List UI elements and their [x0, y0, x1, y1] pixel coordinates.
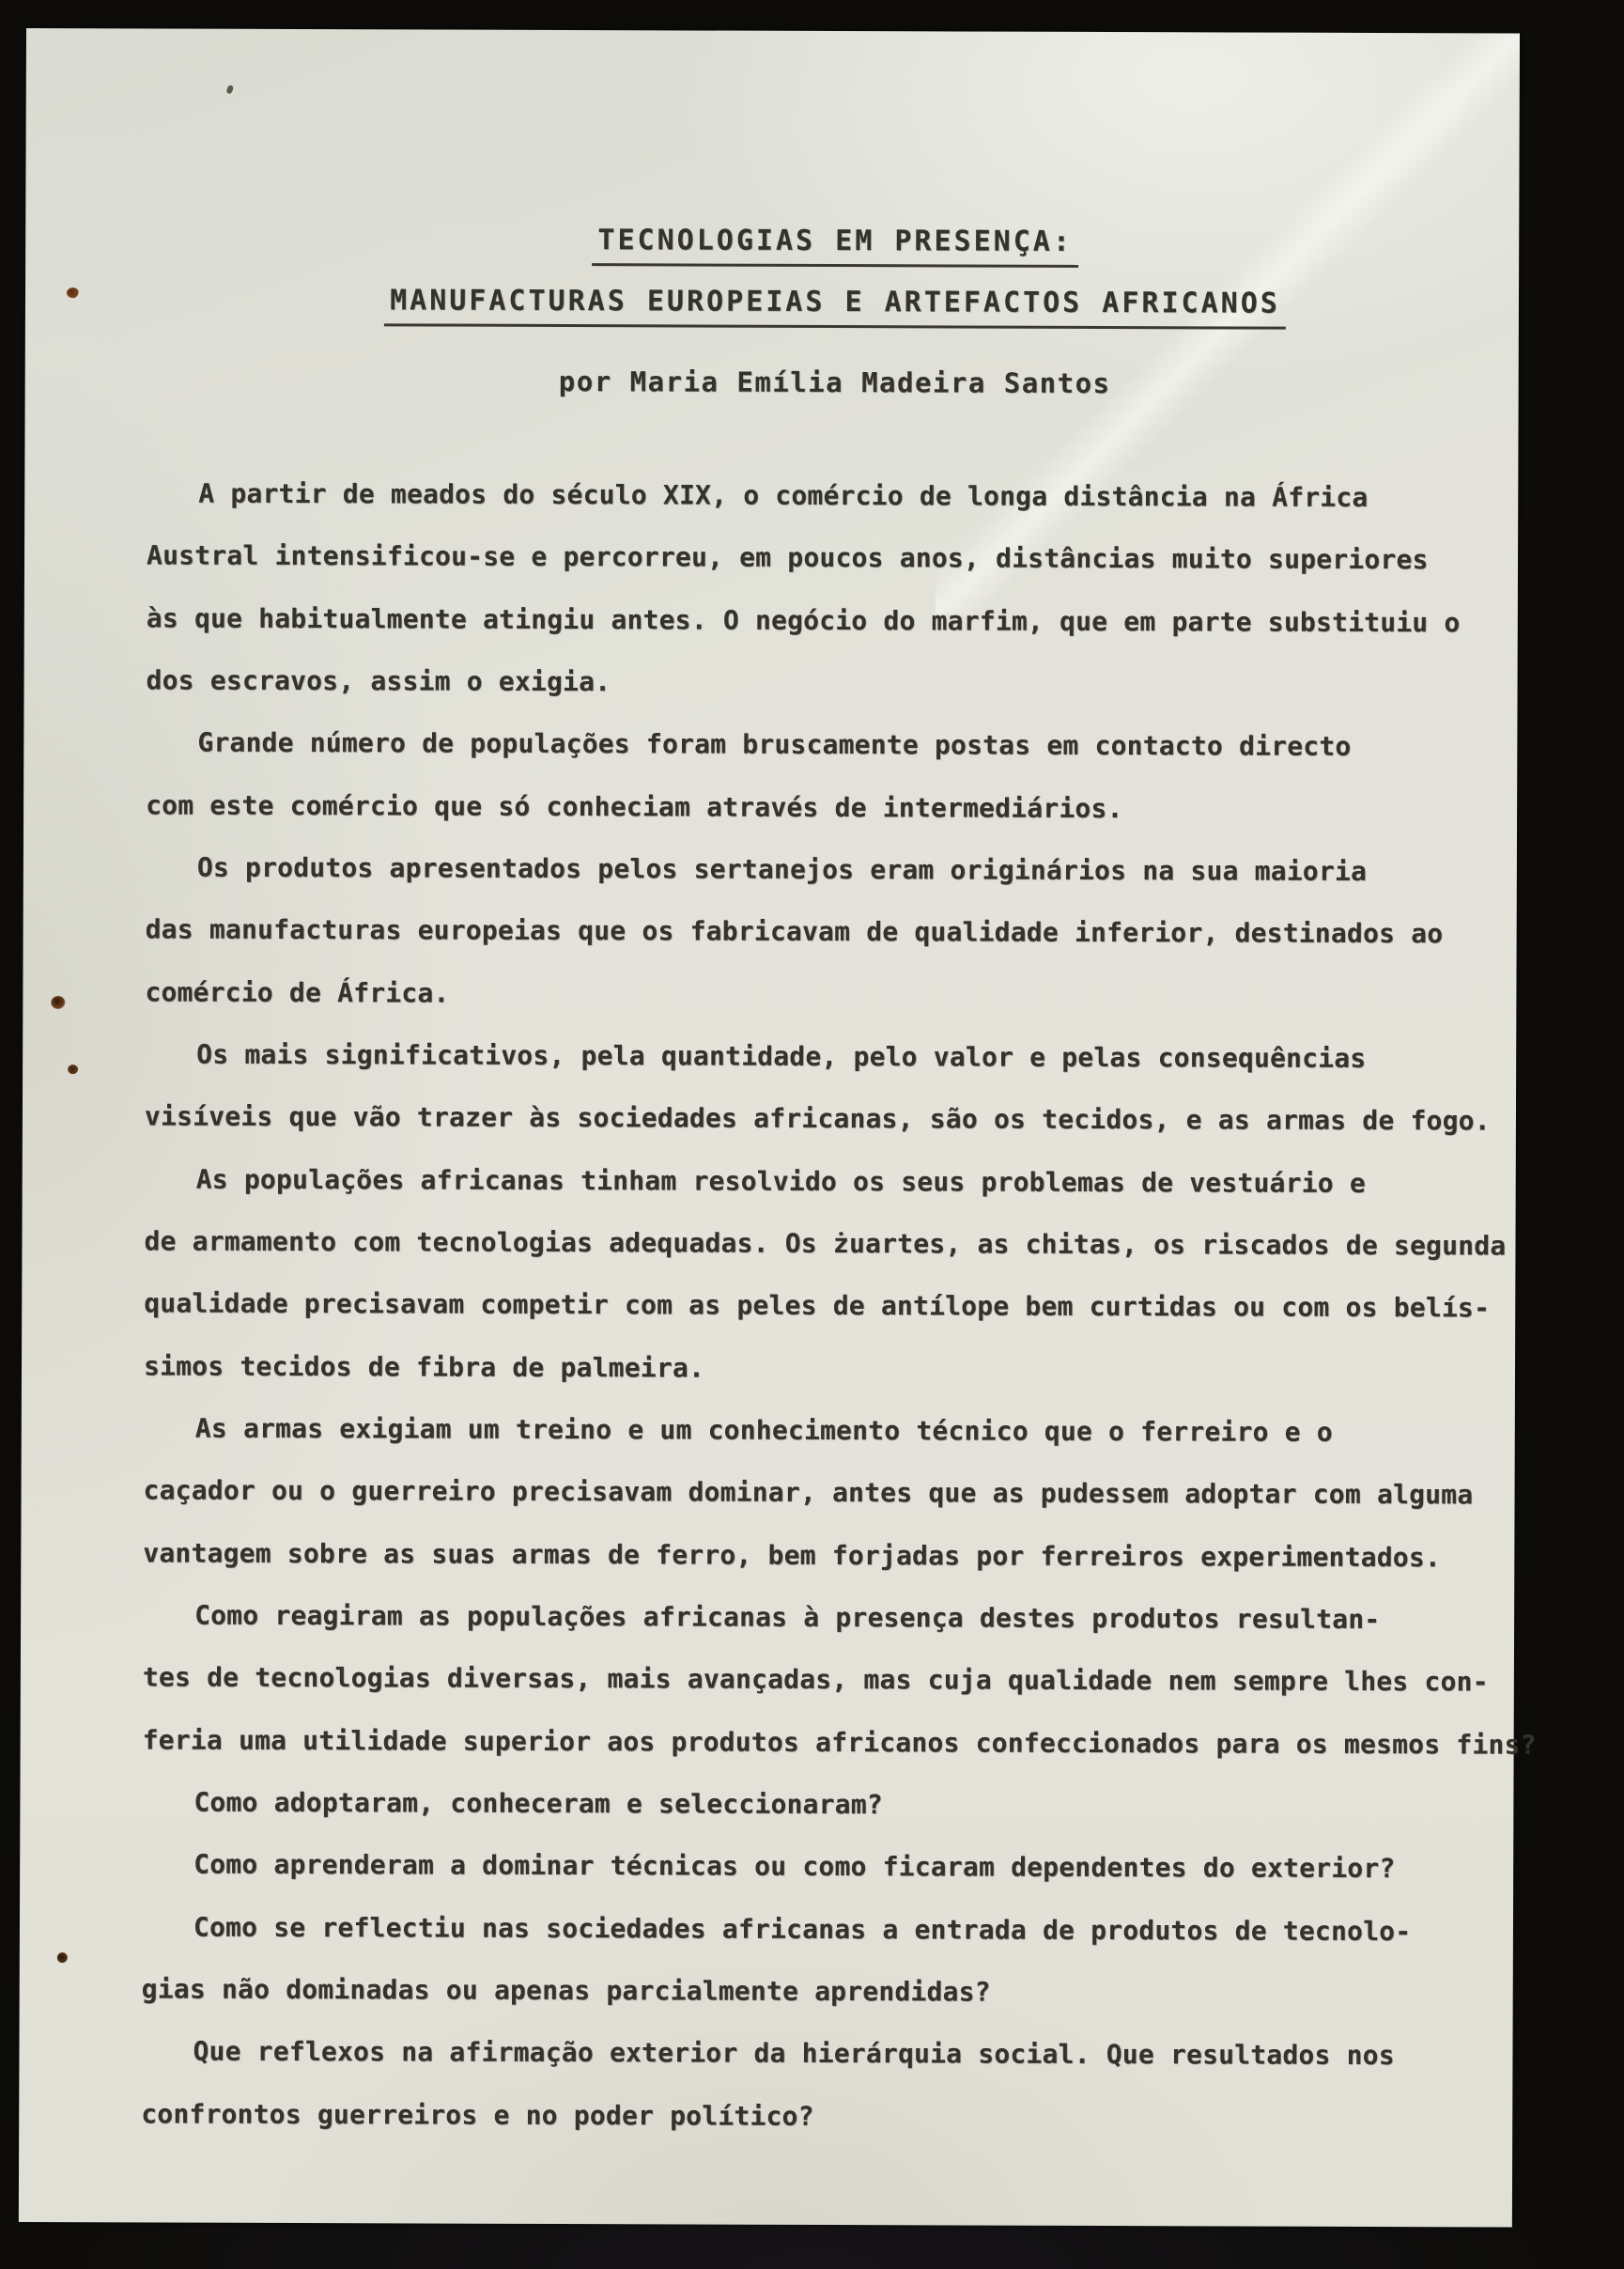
text-line: Os mais significativos, pela quantidade,…: [145, 1023, 1502, 1090]
text-line: tes de tecnologias diversas, mais avança…: [143, 1647, 1500, 1714]
text-line: vantagem sobre as suas armas de ferro, b…: [143, 1522, 1500, 1589]
text-line: Que reflexos na afirmação exterior da hi…: [141, 2021, 1498, 2088]
text-line: A partir de meados do século XIX, o comé…: [147, 462, 1504, 529]
text-line: qualidade precisavam competir com as pel…: [144, 1273, 1501, 1340]
ink-speck: [67, 288, 79, 298]
text-line: simos tecidos de fibra de palmeira.: [144, 1335, 1501, 1402]
text-line: Como reagiram as populações africanas à …: [143, 1584, 1500, 1651]
text-line: Grande número de populações foram brusca…: [146, 712, 1503, 779]
text-line: Como se reflectiu nas sociedades african…: [142, 1896, 1499, 1963]
document-title-line-1: TECNOLOGIAS EM PRESENÇA:: [162, 223, 1508, 270]
text-line: feria uma utilidade superior aos produto…: [143, 1709, 1500, 1776]
text-line: As populações africanas tinham resolvido…: [145, 1148, 1502, 1215]
text-line: de armamento com tecnologias adequadas. …: [144, 1210, 1501, 1277]
scanned-document-page: { "scan": { "background_color": "#0d0c0a…: [0, 0, 1624, 2269]
byline: por Maria Emília Madeira Santos: [162, 365, 1508, 401]
body-lines: A partir de meados do século XIX, o comé…: [141, 462, 1504, 2150]
text-line: visíveis que vão trazer às sociedades af…: [145, 1086, 1502, 1153]
punch-hole-mark: [51, 996, 65, 1009]
punch-hole-mark: [68, 1065, 78, 1074]
text-line: As armas exigiam um treino e um conhecim…: [144, 1397, 1501, 1464]
punch-hole-mark: [57, 1952, 68, 1963]
ink-speck: [225, 85, 234, 95]
text-line: das manufacturas europeias que os fabric…: [146, 899, 1503, 966]
text-line: comércio de África.: [145, 961, 1502, 1028]
document-title-line-2: MANUFACTURAS EUROPEIAS E ARTEFACTOS AFRI…: [162, 284, 1508, 331]
text-line: Como adoptaram, conheceram e seleccionar…: [142, 1771, 1499, 1838]
text-line: confrontos guerreiros e no poder polític…: [141, 2083, 1498, 2150]
paper-sheet: TECNOLOGIAS EM PRESENÇA: MANUFACTURAS EU…: [19, 28, 1520, 2228]
text-line: dos escravos, assim o exigia.: [146, 649, 1503, 716]
text-line: Austral intensificou-se e percorreu, em …: [147, 525, 1504, 592]
text-line: Os produtos apresentados pelos sertanejo…: [146, 836, 1503, 903]
text-line: Como aprenderam a dominar técnicas ou co…: [142, 1834, 1499, 1901]
text-line: às que habitualmente atingiu antes. O ne…: [147, 587, 1504, 654]
title-text: MANUFACTURAS EUROPEIAS E ARTEFACTOS AFRI…: [384, 284, 1286, 329]
title-text: TECNOLOGIAS EM PRESENÇA:: [592, 224, 1078, 268]
text-line: caçador ou o guerreiro precisavam domina…: [143, 1460, 1500, 1527]
text-line: gias não dominadas ou apenas parcialment…: [142, 1958, 1499, 2025]
text-line: com este comércio que só conheciam atrav…: [146, 774, 1503, 841]
document-header: TECNOLOGIAS EM PRESENÇA: MANUFACTURAS EU…: [163, 29, 1508, 34]
